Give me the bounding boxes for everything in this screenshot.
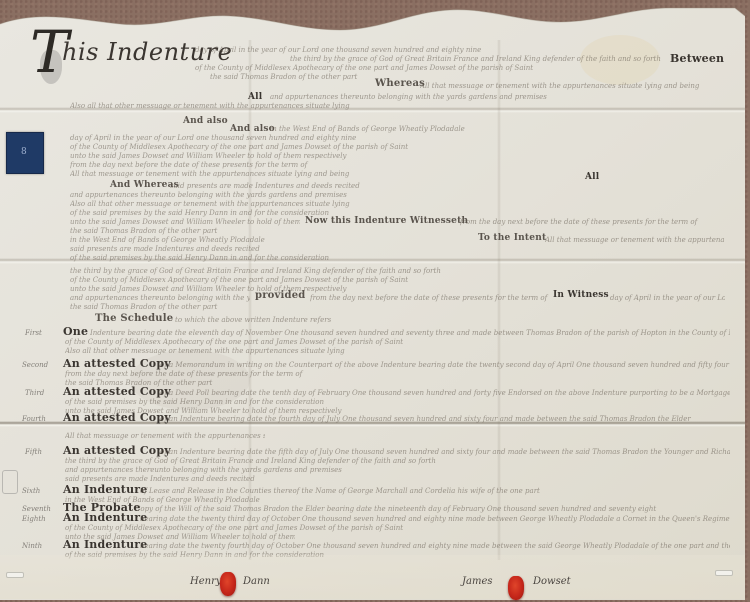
schedule-item-heading: An attested Copy [63,411,171,424]
body-line: in the West End of Bands of George Wheat… [70,236,470,244]
body-line: in the West End of Bands of George Wheat… [65,496,730,504]
schedule-ordinal: Sixth [22,487,40,495]
revenue-stamp: 8 [6,132,44,174]
body-line: from the day next before the date of the… [65,370,730,378]
body-line: All that messuage or tenement with the a… [70,170,725,178]
body-line: from the day next before the date of the… [310,294,550,302]
body-line: unto the said James Dowset and William W… [70,218,300,226]
schedule-item-heading: An attested Copy [63,357,171,370]
body-line: and appurtenances thereunto belonging wi… [270,93,725,101]
body-line: and appurtenances thereunto belonging wi… [65,466,730,474]
schedule-item-heading: An Indenture [63,483,147,496]
schedule-item-text: bearing date the twenty fourth day of Oc… [140,542,730,550]
body-line: All that messuage or tenement with the a… [545,236,725,244]
body-line: of the County of Middlesex Apothecary of… [65,524,730,532]
heading-and-whereas: And Whereas [110,180,179,190]
schedule-item-heading: An attested Copy [63,385,171,398]
body-line: the third by the grace of God of Great B… [70,267,725,275]
signature-last-name: Dowset [533,576,571,587]
schedule-ordinal: First [25,329,42,337]
body-line: of the County of Middlesex Apothecary of… [195,64,725,72]
schedule-item-heading: An Indenture [63,511,147,524]
heading-and-also: And also [183,116,228,126]
schedule-item-text: of a Memorandum in writing on the Counte… [160,361,730,369]
schedule-item-heading: One [63,325,88,338]
body-line: and appurtenances thereunto belonging wi… [70,294,250,302]
schedule-ordinal: Seventh [22,505,51,513]
body-line: the third by the grace of God of Great B… [65,457,730,465]
heading-in-witness: In Witness [553,290,609,300]
heading-provided: provided [255,290,306,301]
heading-whereas: Whereas [375,78,425,89]
body-line: day of April in the year of our Lord one… [195,46,695,54]
indenture-document: T his Indenture 8 day of April in the ye… [0,0,750,602]
body-line: All that messuage or tenement with the a… [65,432,265,440]
heading-and-also: And also [230,124,275,134]
body-line: of the said premises by the said Henry D… [65,398,730,406]
body-line: the said Thomas Bradon of the other part [210,73,725,81]
schedule-heading: The Schedule [95,313,173,324]
schedule-item-text: of an Indenture bearing date the fourth … [160,415,730,423]
seal-tag [6,572,24,578]
schedule-ordinal: Second [22,361,48,369]
body-line: of the said premises by the said Henry D… [70,254,725,262]
body-line: day of April in the year of our Lord one… [70,134,725,142]
wax-seal-icon [508,576,524,600]
schedule-item-text: Indenture bearing date the eleventh day … [90,329,730,337]
schedule-ordinal: Fourth [22,415,46,423]
schedule-item-text: of Lease and Release in the Counties the… [140,487,730,495]
wax-seal-icon [220,572,236,596]
body-line: of the County of Middlesex Apothecary of… [70,276,725,284]
schedule-item-text: bearing date the twenty third day of Oct… [140,515,730,523]
signature-last-name: Dann [243,576,270,587]
body-line: Also all that other messuage or tenement… [70,102,725,110]
seal-tag [715,570,733,576]
body-line: said presents are made Indentures and de… [65,475,730,483]
body-line: of the County of Middlesex Apothecary of… [65,338,730,346]
body-line: said presents are made Indentures and de… [70,245,725,253]
body-line: unto the said James Dowset and William W… [70,285,725,293]
body-line: and appurtenances thereunto belonging wi… [70,191,725,199]
schedule-ordinal: Ninth [22,542,42,550]
schedule-subtitle: to which the above written Indenture ref… [175,316,475,324]
schedule-item-text: Copy of the Will of the said Thomas Brad… [135,505,730,513]
body-line: from the day next before the date of the… [460,218,725,226]
embossed-stamp [2,470,18,494]
schedule-item-heading: An attested Copy [63,444,171,457]
body-line: the said Thomas Bradon of the other part [70,227,725,235]
signature-first-name: Henry [190,576,222,587]
body-line: Also all that other messuage or tenement… [65,347,730,355]
heading-all: All [248,92,262,102]
schedule-ordinal: Fifth [25,448,42,456]
schedule-ordinal: Eighth [22,515,46,523]
body-line: said presents are made Indentures and de… [170,182,725,190]
body-line: the said Thomas Bradon of the other part [70,303,530,311]
body-line: day of April in the year of our Lord one… [610,294,725,302]
heading-now-this-indenture: Now this Indenture Witnesseth [305,216,468,226]
heading-all: All [585,172,599,182]
body-line: unto the said James Dowset and William W… [70,152,725,160]
schedule-ordinal: Third [25,389,44,397]
signature-first-name: James [462,576,493,587]
signature-strip [0,555,745,599]
schedule-item-text: of a Deed Poll bearing date the tenth da… [160,389,730,397]
body-line: Also all that other messuage or tenement… [70,200,725,208]
body-line: from the day next before the date of the… [70,161,725,169]
body-line: the third by the grace of God of Great B… [290,55,710,63]
heading-to-the-intent: To the Intent [478,233,546,243]
schedule-item-text: of an Indenture bearing date the fifth d… [160,448,730,456]
schedule-item-heading: An Indenture [63,538,147,551]
body-line: of the County of Middlesex Apothecary of… [70,143,725,151]
body-line: All that messuage or tenement with the a… [420,82,725,90]
body-line: in the West End of Bands of George Wheat… [270,125,725,133]
